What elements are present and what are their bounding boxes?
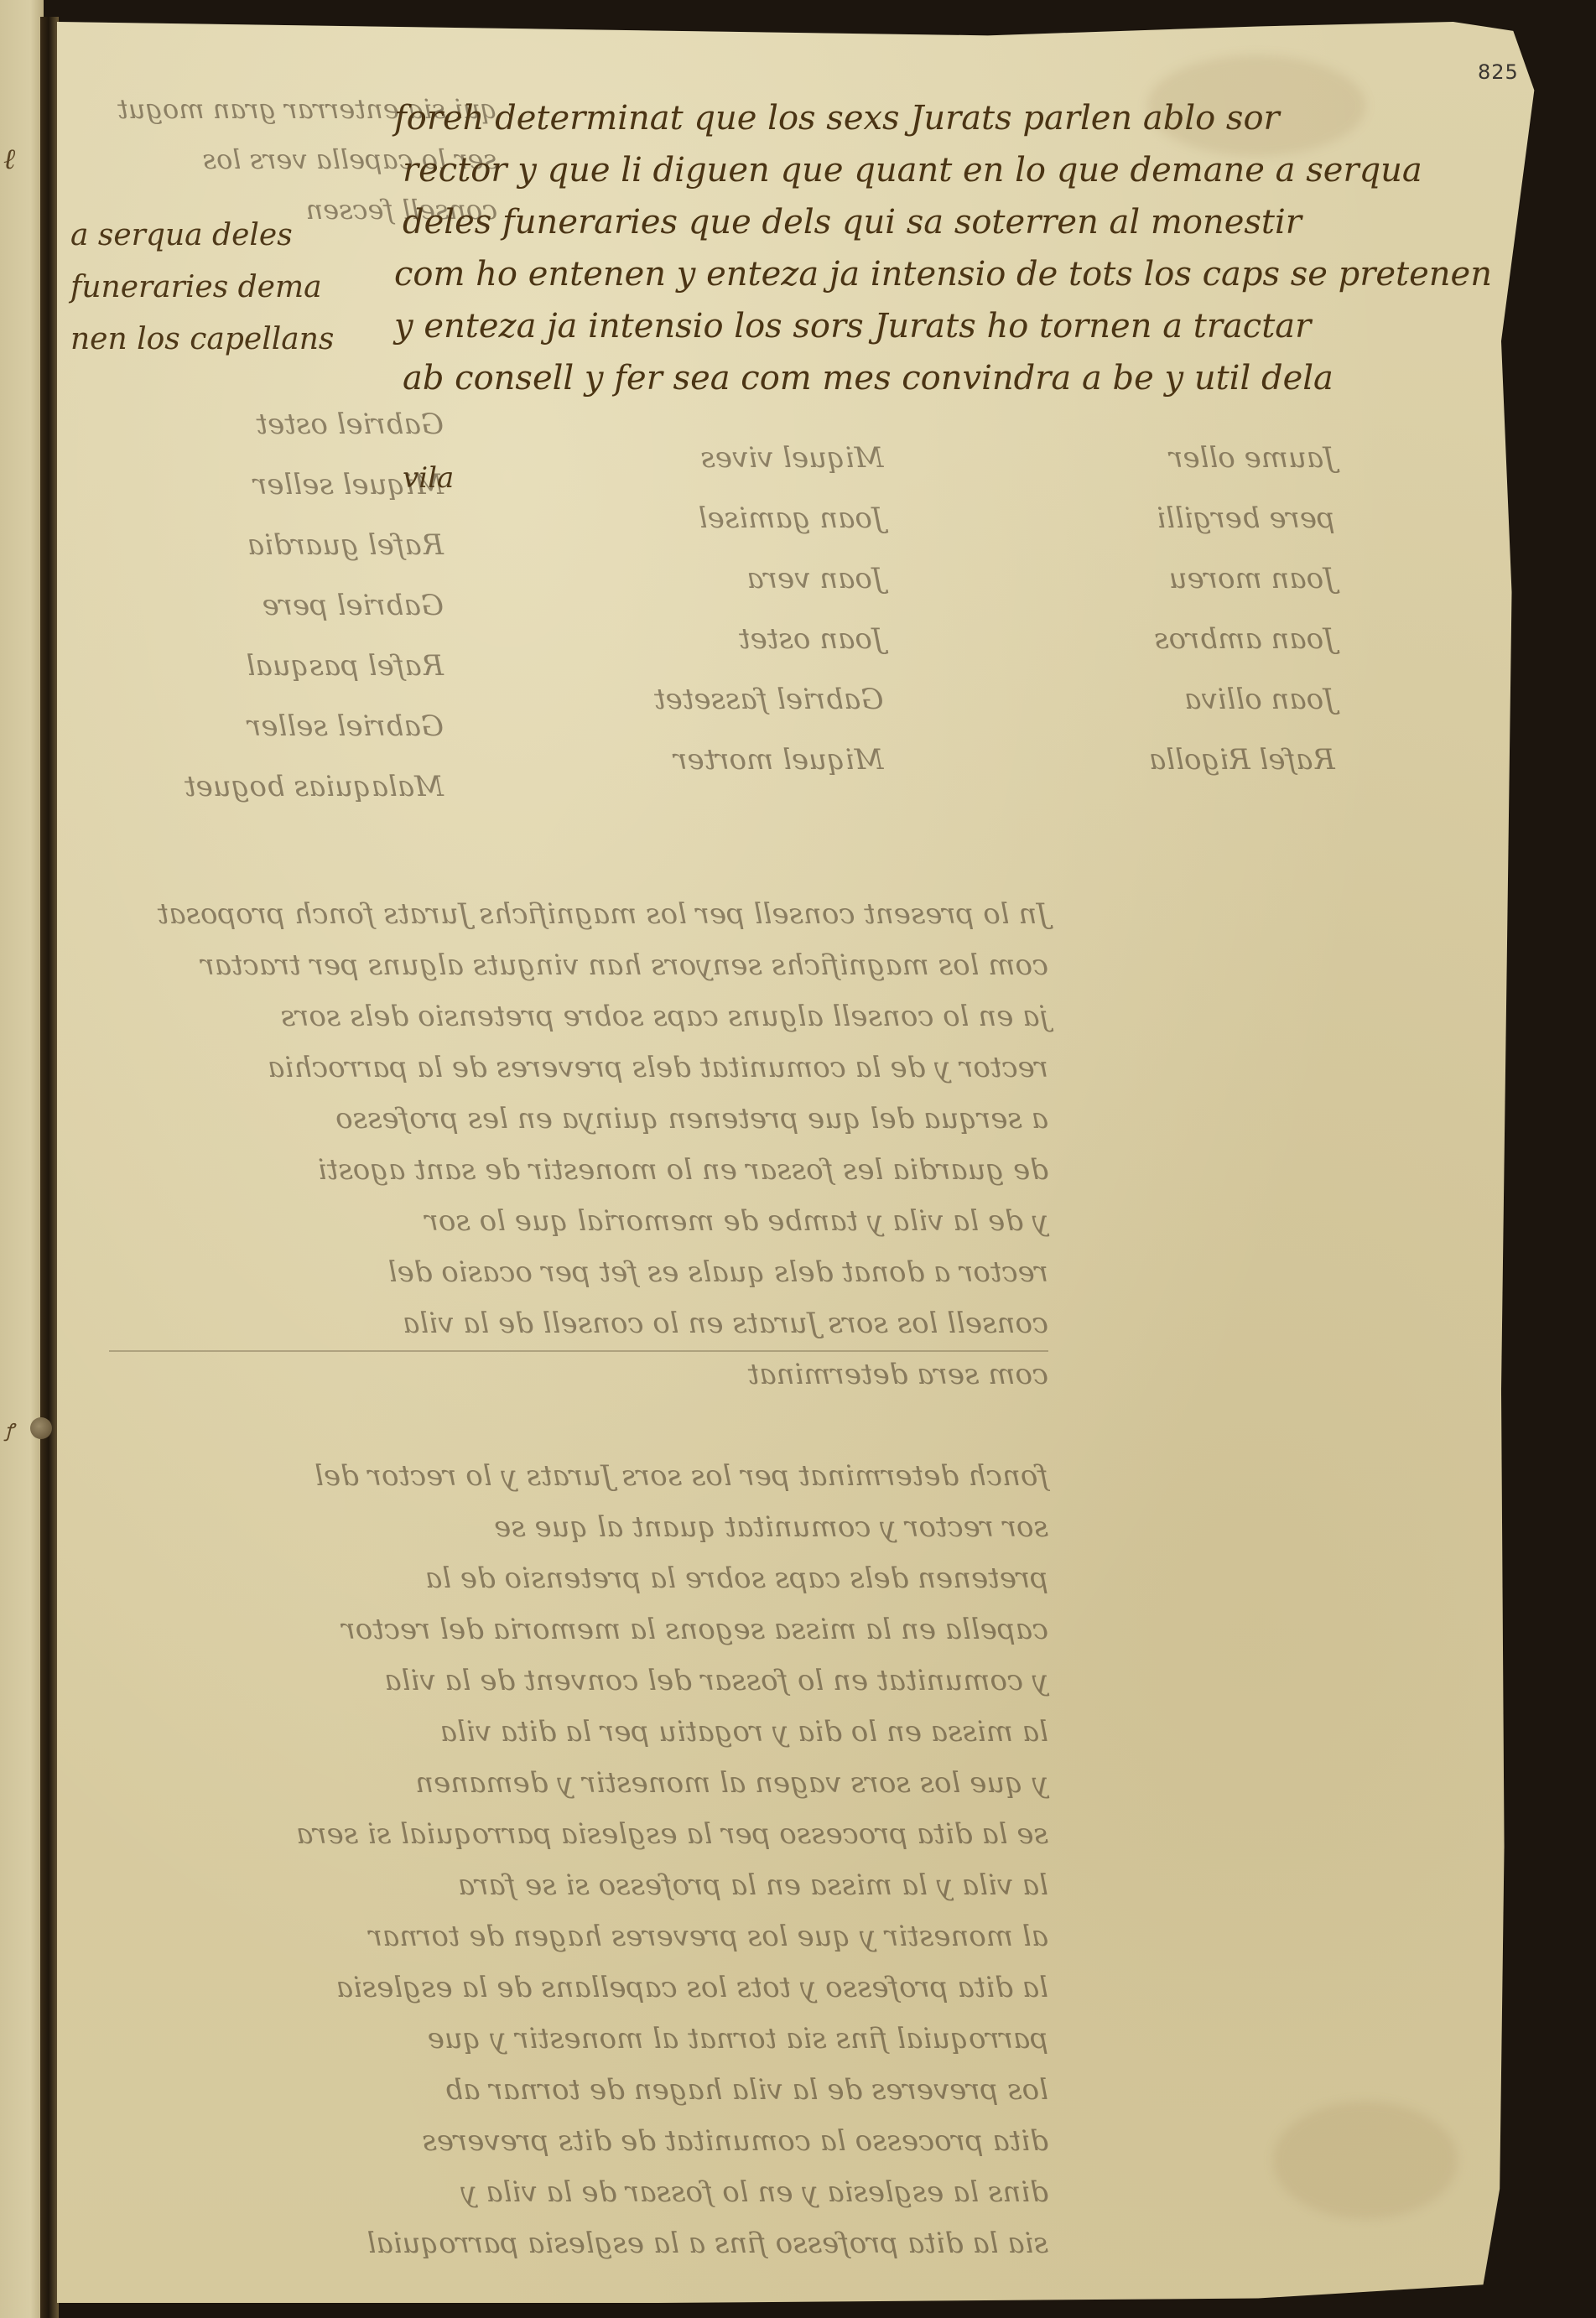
margin-note-line: nen los capellans [70, 314, 372, 366]
bleed-line: la vila y la missa en la professo si se … [84, 1860, 1048, 1911]
bleed-line: ja en lo consell alguns caps sobre prete… [84, 991, 1048, 1042]
name-entry: Rafel guardia [185, 515, 444, 575]
main-line: com ho entenen y enteza ja intensio de t… [394, 248, 1552, 300]
name-entry: Gabriel pere [185, 575, 444, 636]
bleed-paragraph-1: Jn lo present consell per los magnifichs… [84, 889, 1048, 1401]
main-line: y enteza ja intensio los sors Jurats ho … [394, 300, 1552, 352]
main-line: rector y que li diguen que quant en lo q… [394, 144, 1552, 196]
previous-leaf-ink-fragment: ℓ [3, 143, 15, 176]
name-entry: Miquel vives [654, 428, 883, 488]
previous-leaf-ink-fragment: ꝭ [5, 1417, 13, 1442]
main-line: deles funeraries que dels qui sa soterre… [394, 196, 1552, 248]
bleed-line: fonch determinat per los sors Jurats y l… [84, 1451, 1048, 1502]
name-entry: Rafel Rigolla [1149, 730, 1335, 790]
bleed-name-column-right: Jaume oller pere bergilli Joan moreu Joa… [1149, 428, 1335, 790]
bleed-name-column-middle: Miquel vives Joan gamisel Joan vera Joan… [654, 428, 883, 790]
bleed-line: de guardia les fossar en lo monestir de … [84, 1145, 1048, 1196]
bleed-line: parroquial fins sia tornat al monestir y… [84, 2014, 1048, 2065]
name-entry: Joan vera [654, 548, 883, 609]
bleed-line: com los magnifichs senyors han vinguts a… [84, 940, 1048, 991]
margin-note-line: funeraries dema [70, 262, 372, 314]
bleed-paragraph-2: fonch determinat per los sors Jurats y l… [84, 1451, 1048, 2269]
bleed-line: los preveres de la vila hagen de tornar … [84, 2065, 1048, 2116]
name-entry: Rafel pasqual [185, 636, 444, 696]
name-entry: Malaquias boguet [185, 756, 444, 817]
bleed-line: dins la esglesia y en lo fossar de la vi… [84, 2167, 1048, 2218]
name-entry: Gabriel fassetet [654, 669, 883, 730]
bleed-line: y de la vila y tambe de memorial que lo … [84, 1196, 1048, 1247]
bleed-line: sia la dita professo fins a la esglesia … [84, 2218, 1048, 2269]
name-entry: Jaume oller [1149, 428, 1335, 488]
previous-leaf-edge: ℓ ꝭ [0, 0, 44, 2318]
bleed-name-column-left: Gabriel ostet Miquel seller Rafel guardi… [185, 394, 444, 817]
bleed-line: al monestir y que los preveres hagen de … [84, 1911, 1048, 1962]
bleed-line: sor rector y comunitat quant al que se [84, 1502, 1048, 1553]
bleed-line: y comunitat en lo fossar del convent de … [84, 1655, 1048, 1707]
bleed-line: la missa en lo dia y rogatiu per la dita… [84, 1707, 1048, 1758]
marginal-word-vila: vila [403, 461, 454, 495]
bleed-line: rector y de la comunitat dels preveres d… [84, 1042, 1048, 1094]
name-entry: pere bergilli [1149, 488, 1335, 548]
name-entry: Miquel morter [654, 730, 883, 790]
bleed-line: Jn lo present consell per los magnifichs… [84, 889, 1048, 940]
binding-gutter [40, 17, 59, 2318]
margin-note: a serqua deles funeraries dema nen los c… [70, 210, 372, 366]
bleed-line: pretenen dels caps sobre la pretensio de… [84, 1553, 1048, 1604]
name-entry: Joan ostet [654, 609, 883, 669]
bleed-divider-line [109, 1350, 1048, 1352]
bleed-line: y que los sors vagen al monestir y deman… [84, 1758, 1048, 1809]
folio-number: 825 [1478, 60, 1519, 84]
bleed-line: capella en la missa segons la memoria de… [84, 1604, 1048, 1655]
margin-note-line: a serqua deles [70, 210, 372, 262]
main-line: ab consell y fer sea com mes convindra a… [394, 352, 1552, 404]
bleed-line: dita processo la comunitat de dits preve… [84, 2116, 1048, 2167]
name-entry: Joan moreu [1149, 548, 1335, 609]
name-entry: Gabriel seller [185, 696, 444, 756]
bleed-line: a serqua del que pretenen quinya en les … [84, 1094, 1048, 1145]
paper-stain [1273, 2102, 1458, 2219]
name-entry: Joan gamisel [654, 488, 883, 548]
binding-thread-knot [30, 1417, 52, 1439]
main-paragraph: foreh determinat que los sexs Jurats par… [394, 92, 1552, 404]
main-line: foreh determinat que los sexs Jurats par… [394, 92, 1552, 144]
name-entry: Joan olliva [1149, 669, 1335, 730]
bleed-line: se la dita processo per la esglesia parr… [84, 1809, 1048, 1860]
bleed-line: consell los sors Jurats en lo consell de… [84, 1298, 1048, 1349]
bleed-line: rector a donat dels quals es fet per oca… [84, 1247, 1048, 1298]
bleed-line: com sera determinat [84, 1349, 1048, 1401]
bleed-line: la dita professo y tots los capellans de… [84, 1962, 1048, 2014]
name-entry: Joan ambros [1149, 609, 1335, 669]
